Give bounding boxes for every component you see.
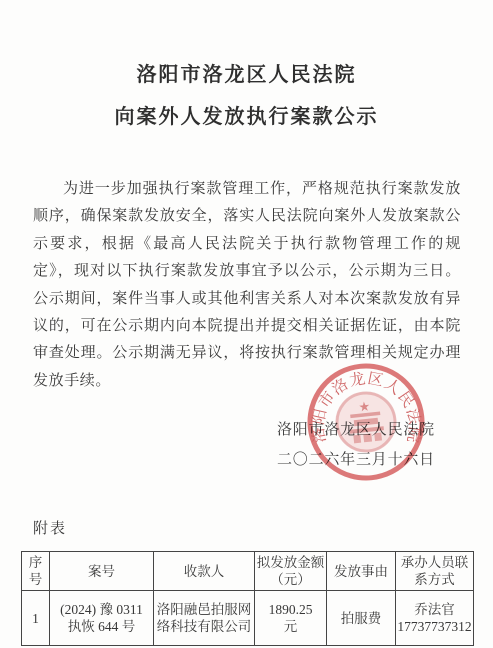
document-title-line1: 洛阳市洛龙区人民法院 (0, 62, 493, 88)
signature-date: 二〇二六年三月十六日 (0, 445, 435, 475)
signature-court-name: 洛阳市洛龙区人民法院 (0, 415, 435, 445)
header-case-number: 案号 (50, 552, 154, 591)
cell-seq: 1 (22, 591, 50, 646)
table-row: 1 (2024) 豫 0311 执恢 644 号 洛阳融邑拍服网 络科技有限公司… (22, 591, 474, 646)
document-title-line2: 向案外人发放执行案款公示 (0, 104, 493, 130)
header-contact: 承办人员联系方式 (396, 552, 474, 591)
header-amount: 拟发放金额（元） (255, 552, 327, 591)
cell-case-number: (2024) 豫 0311 执恢 644 号 (50, 591, 154, 646)
court-notice-page: 洛阳市洛龙区人民法院 向案外人发放执行案款公示 为进一步加强执行案款管理工作，严… (0, 0, 493, 648)
notice-body-paragraph: 为进一步加强执行案款管理工作，严格规范执行案款发放顺序，确保案款发放安全，落实人… (33, 176, 461, 395)
header-seq: 序号 (22, 552, 50, 591)
cell-amount: 1890.25 元 (255, 591, 327, 646)
attachment-label: 附表 (33, 517, 493, 538)
svg-text:★: ★ (358, 399, 371, 415)
funds-disbursement-table: 序号 案号 收款人 拟发放金额（元） 发放事由 承办人员联系方式 1 (2024… (21, 551, 474, 646)
header-reason: 发放事由 (327, 552, 396, 591)
cell-contact: 乔法官 17737737312 (396, 591, 474, 646)
cell-reason: 拍服费 (327, 591, 396, 646)
signature-block: 洛阳市洛龙区人民法院 二〇二六年三月十六日 (0, 415, 493, 475)
header-payee: 收款人 (154, 552, 255, 591)
table-header-row: 序号 案号 收款人 拟发放金额（元） 发放事由 承办人员联系方式 (22, 552, 474, 591)
cell-payee: 洛阳融邑拍服网 络科技有限公司 (154, 591, 255, 646)
